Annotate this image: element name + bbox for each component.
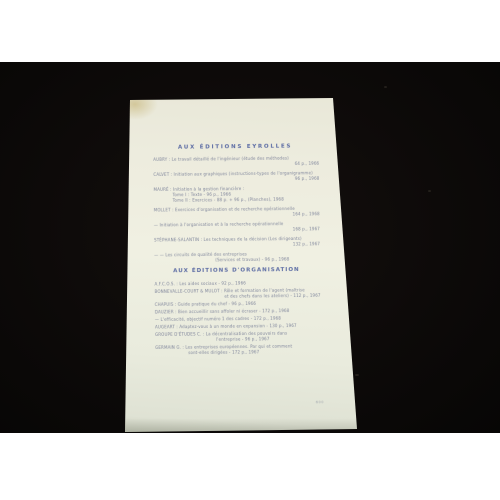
entry-line: 164 p., 1968 xyxy=(151,211,321,218)
catalog-entry: — L'efficacité, objectif numéro 1 des ca… xyxy=(152,315,322,322)
entry-line: l'entreprise - 96 p., 1967 xyxy=(152,336,322,343)
entry-line: AUGEART : Adaptez-vous à un monde en exp… xyxy=(152,323,322,330)
catalog-entry: AUGEART : Adaptez-vous à un monde en exp… xyxy=(152,323,322,330)
photo-background: AUX ÉDITIONS EYROLLES AUBRY : Le travail… xyxy=(0,62,500,433)
dust-speck xyxy=(355,374,359,376)
catalog-entry: DAUZIER : Bien accueillir sans affoler n… xyxy=(152,308,322,315)
catalog-entry: GERMAIN G. : Les entreprises européennes… xyxy=(152,343,322,356)
entry-line: Tome I : Texte - 96 p., 1966 xyxy=(151,191,321,198)
bottom-white-strip xyxy=(0,433,500,500)
entry-line: STÉPHANE-SALANTIN : Les techniques de la… xyxy=(151,236,321,243)
section-heading-organisation: AUX ÉDITIONS D'ORGANISATION xyxy=(151,266,321,275)
catalog-entry: AUBRY : Le travail détaillé de l'ingénie… xyxy=(150,155,320,168)
dust-speck xyxy=(428,190,431,192)
entry-line: Tome II : Exercices - 88 p. + 96 p., (Pl… xyxy=(151,196,321,203)
photo-canvas: AUX ÉDITIONS EYROLLES AUBRY : Le travail… xyxy=(0,0,500,500)
entry-line: 168 p., 1967 xyxy=(151,226,321,233)
catalog-entry: MOLLET : Exercices d'organisation et de … xyxy=(151,206,321,219)
dust-speck xyxy=(384,86,387,88)
entry-line: AUBRY : Le travail détaillé de l'ingénie… xyxy=(150,155,320,162)
entry-line: sont-elles dirigées - 172 p., 1967 xyxy=(152,349,322,356)
catalog-entry: A.F.C.O.S. : Les aides sociaux - 92 p., … xyxy=(151,280,321,287)
catalog-entry: CHAPUIS : Guide pratique du chef - 96 p.… xyxy=(152,300,322,307)
entry-line: GERMAIN G. : Les entreprises européennes… xyxy=(152,343,322,350)
section-heading-eyrolles: AUX ÉDITIONS EYROLLES xyxy=(150,142,320,151)
entry-line: 96 p., 1968 xyxy=(150,176,320,183)
catalog-entry: — — Les circuits de qualité des entrepri… xyxy=(151,251,321,264)
catalog-entry: BONNEVALLE-COURT & MULOT : Rôle et forma… xyxy=(152,287,322,300)
entry-line: A.F.C.O.S. : Les aides sociaux - 92 p., … xyxy=(151,280,321,287)
entries-organisation: A.F.C.O.S. : Les aides sociaux - 92 p., … xyxy=(151,280,322,356)
cover-text-block: AUX ÉDITIONS EYROLLES AUBRY : Le travail… xyxy=(150,138,322,358)
entry-line: CHAPUIS : Guide pratique du chef - 96 p.… xyxy=(152,300,322,307)
catalog-entry: — Initiation à l'organisation et à la re… xyxy=(151,221,321,234)
entry-line: 132 p., 1967 xyxy=(151,241,321,248)
section-organisation: AUX ÉDITIONS D'ORGANISATION A.F.C.O.S. :… xyxy=(151,266,322,356)
entry-line: BONNEVALLE-COURT & MULOT : Rôle et forma… xyxy=(152,287,322,294)
catalog-entry: CALVET : Initiation aux graphiques (inst… xyxy=(150,170,320,183)
entry-line: GROUPE D'ÉTUDES C. : La décentralisation… xyxy=(152,330,322,337)
entry-line: DAUZIER : Bien accueillir sans affoler n… xyxy=(152,308,322,315)
catalog-entry: MAURÉ : Initiation à la gestion financiè… xyxy=(150,185,320,203)
entry-line: — — Les circuits de qualité des entrepri… xyxy=(151,251,321,258)
entry-line: CALVET : Initiation aux graphiques (inst… xyxy=(150,170,320,177)
print-code-mark: 600 xyxy=(316,400,324,404)
section-eyrolles: AUX ÉDITIONS EYROLLES AUBRY : Le travail… xyxy=(150,142,321,263)
catalog-entry: STÉPHANE-SALANTIN : Les techniques de la… xyxy=(151,236,321,249)
entry-line: — L'efficacité, objectif numéro 1 des ca… xyxy=(152,315,322,322)
entry-line: MAURÉ : Initiation à la gestion financiè… xyxy=(150,185,320,192)
entry-line: MOLLET : Exercices d'organisation et de … xyxy=(151,206,321,213)
entry-line: et des chefs dans les ateliers) - 112 p.… xyxy=(152,293,322,300)
book-back-cover: AUX ÉDITIONS EYROLLES AUBRY : Le travail… xyxy=(0,62,500,433)
catalog-entry: GROUPE D'ÉTUDES C. : La décentralisation… xyxy=(152,330,322,343)
entry-line: 64 p., 1966 xyxy=(150,161,320,168)
top-white-strip xyxy=(0,0,500,62)
entries-eyrolles: AUBRY : Le travail détaillé de l'ingénie… xyxy=(150,155,321,263)
entry-line: — Initiation à l'organisation et à la re… xyxy=(151,221,321,228)
entry-line: (Services et travaux) - 96 p., 1968 xyxy=(151,256,321,263)
